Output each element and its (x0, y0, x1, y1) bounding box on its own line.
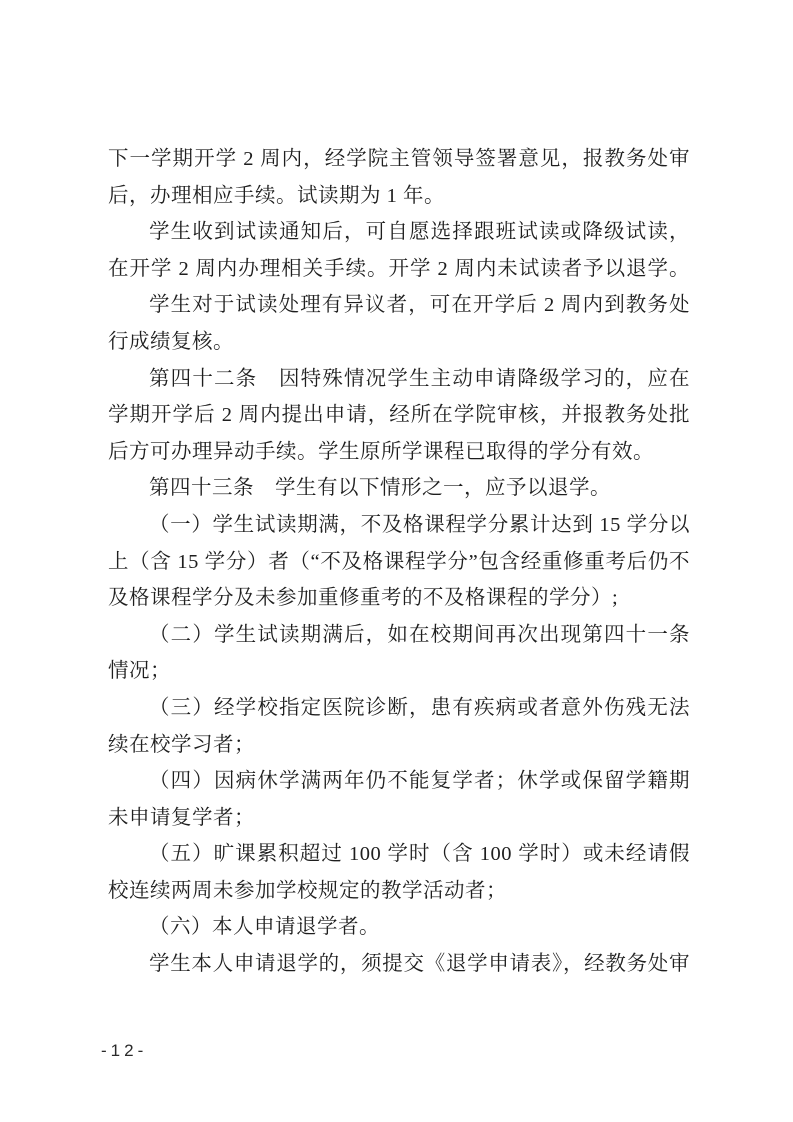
text-line: 学生对于试读处理有异议者，可在开学后 2 周内到教务处进 (108, 287, 690, 324)
text-line: （四）因病休学满两年仍不能复学者；休学或保留学籍期满 (108, 763, 690, 800)
text-line: 第四十二条 因特殊情况学生主动申请降级学习的，应在每 (108, 361, 690, 398)
text-line: 上（含 15 学分）者（“不及格课程学分”包含经重修重考后仍不 (108, 544, 690, 581)
text-line: 学生收到试读通知后，可自愿选择跟班试读或降级试读，并 (108, 214, 690, 251)
text-line: 未申请复学者； (108, 800, 690, 837)
text-line: （三）经学校指定医院诊断，患有疾病或者意外伤残无法继 (108, 690, 690, 727)
text-line: 学期开学后 2 周内提出申请，经所在学院审核，并报教务处批准 (108, 397, 690, 434)
text-line: （二）学生试读期满后，如在校期间再次出现第四十一条的 (108, 617, 690, 654)
text-line: 情况； (108, 653, 690, 690)
text-line: （六）本人申请退学者。 (108, 909, 690, 946)
text-line: （五）旷课累积超过 100 学时（含 100 学时）或未经请假离 (108, 836, 690, 873)
text-line: 及格课程学分及未参加重修重考的不及格课程的学分）; (108, 580, 690, 617)
text-line: 后，办理相应手续。试读期为 1 年。 (108, 178, 690, 215)
text-line: 校连续两周未参加学校规定的教学活动者； (108, 873, 690, 910)
text-line: 在开学 2 周内办理相关手续。开学 2 周内未试读者予以退学。 (108, 251, 690, 288)
text-line: 行成绩复核。 (108, 324, 690, 361)
text-line: 下一学期开学 2 周内，经学院主管领导签署意见，报教务处审核 (108, 141, 690, 178)
document-page: 下一学期开学 2 周内，经学院主管领导签署意见，报教务处审核后，办理相应手续。试… (0, 0, 793, 1122)
text-line: （一）学生试读期满，不及格课程学分累计达到 15 学分以 (108, 507, 690, 544)
text-line: 学生本人申请退学的，须提交《退学申请表》，经教务处审 (108, 946, 690, 983)
text-line: 续在校学习者； (108, 727, 690, 764)
text-line: 第四十三条 学生有以下情形之一，应予以退学。 (108, 470, 690, 507)
document-body: 下一学期开学 2 周内，经学院主管领导签署意见，报教务处审核后，办理相应手续。试… (108, 141, 690, 983)
page-number: -12- (101, 1041, 147, 1061)
text-line: 后方可办理异动手续。学生原所学课程已取得的学分有效。 (108, 434, 690, 471)
